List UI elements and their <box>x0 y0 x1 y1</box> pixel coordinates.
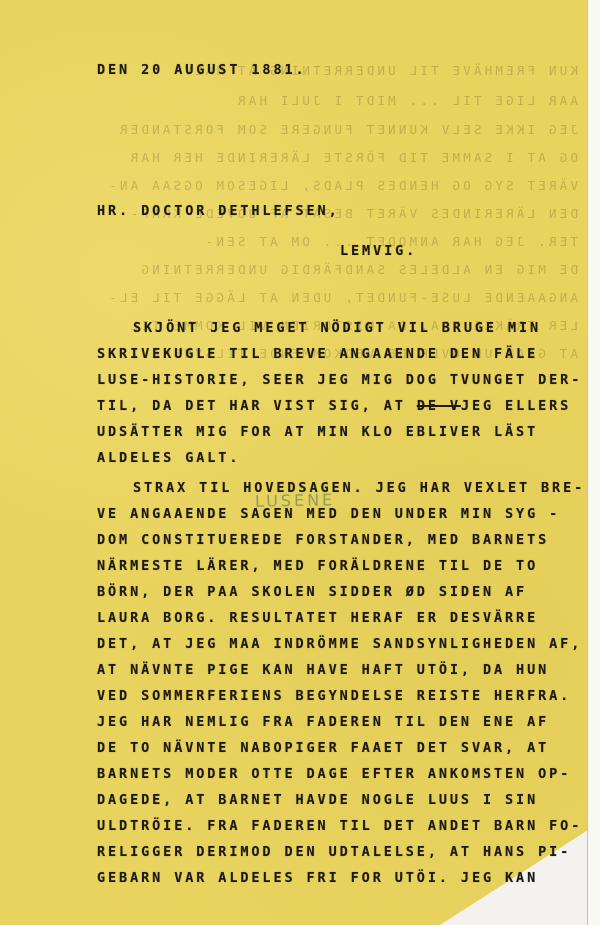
paragraph-2-line: LAURA BORG. RESULTATET HERAF ER DESVÄRRE <box>97 610 538 626</box>
paragraph-2-line: JEG HAR NEMLIG FRA FADEREN TIL DEN ENE A… <box>97 714 549 730</box>
paragraph-1-line: UDSÄTTER MIG FOR AT MIN KLO EBLIVER LÄST <box>97 424 538 440</box>
paragraph-2-line: RELIGGER DERIMOD DEN UDTALELSE, AT HANS … <box>97 844 571 860</box>
typewritten-letter: DEN 20 AUGUST 1881. HR. DOCTOR DETHLEFSE… <box>0 0 588 925</box>
paragraph-1-line: LUSE-HISTORIE, SEER JEG MIG DOG TVUNGET … <box>97 372 582 388</box>
paragraph-1-line: SKJÖNT JEG MEGET NÖDIGT VIL BRUGE MIN <box>133 320 541 336</box>
line-text: TIL, DA DET HAR VIST SIG, AT <box>97 398 417 414</box>
paragraph-2-line: BARNETS MODER OTTE DAGE EFTER ANKOMSTEN … <box>97 766 571 782</box>
paragraph-2-line: VED SOMMERFERIENS BEGYNDELSE REISTE HERF… <box>97 688 571 704</box>
line-text: JEG ELLERS <box>461 398 571 414</box>
paragraph-2-line: DAGEDE, AT BARNET HAVDE NOGLE LUUS I SIN <box>97 792 538 808</box>
date-line: DEN 20 AUGUST 1881. <box>97 62 307 78</box>
paragraph-1-line: SKRIVEKUGLE TIL BREVE ANGAAENDE DEN FÄLE <box>97 346 538 362</box>
paragraph-2-line: VE ANGAAENDE SAGEN MED DEN UNDER MIN SYG… <box>97 506 560 522</box>
salutation: HR. DOCTOR DETHLEFSEN, <box>97 203 340 219</box>
place-name: LEMVIG. <box>340 243 417 259</box>
struck-out-text: DE V <box>417 398 461 414</box>
page-edge <box>587 0 600 925</box>
paragraph-1-line: TIL, DA DET HAR VIST SIG, AT DE VJEG ELL… <box>97 398 571 414</box>
paragraph-2-line: GEBARN VAR ALDELES FRI FOR UTÖI. JEG KAN <box>97 870 538 886</box>
paragraph-2-line: AT NÄVNTE PIGE KAN HAVE HAFT UTÖI, DA HU… <box>97 662 549 678</box>
paragraph-2-line: NÄRMESTE LÄRER, MED FORÄLDRENE TIL DE TO <box>97 558 538 574</box>
paragraph-2-line: BÖRN, DER PAA SKOLEN SIDDER ØD SIDEN AF <box>97 584 527 600</box>
paragraph-2-line: STRAX TIL HOVEDSAGEN. JEG HAR VEXLET BRE… <box>133 480 585 496</box>
paragraph-2-line: DOM CONSTITUEREDE FORSTANDER, MED BARNET… <box>97 532 549 548</box>
paragraph-2-line: DE TO NÄVNTE NABOPIGER FAAET DET SVAR, A… <box>97 740 549 756</box>
paragraph-2-line: DET, AT JEG MAA INDRÖMME SANDSYNLIGHEDEN… <box>97 636 582 652</box>
paragraph-1-line: ALDELES GALT. <box>97 450 240 466</box>
paragraph-2-line: ULDTRÖIE. FRA FADEREN TIL DET ANDET BARN… <box>97 818 582 834</box>
